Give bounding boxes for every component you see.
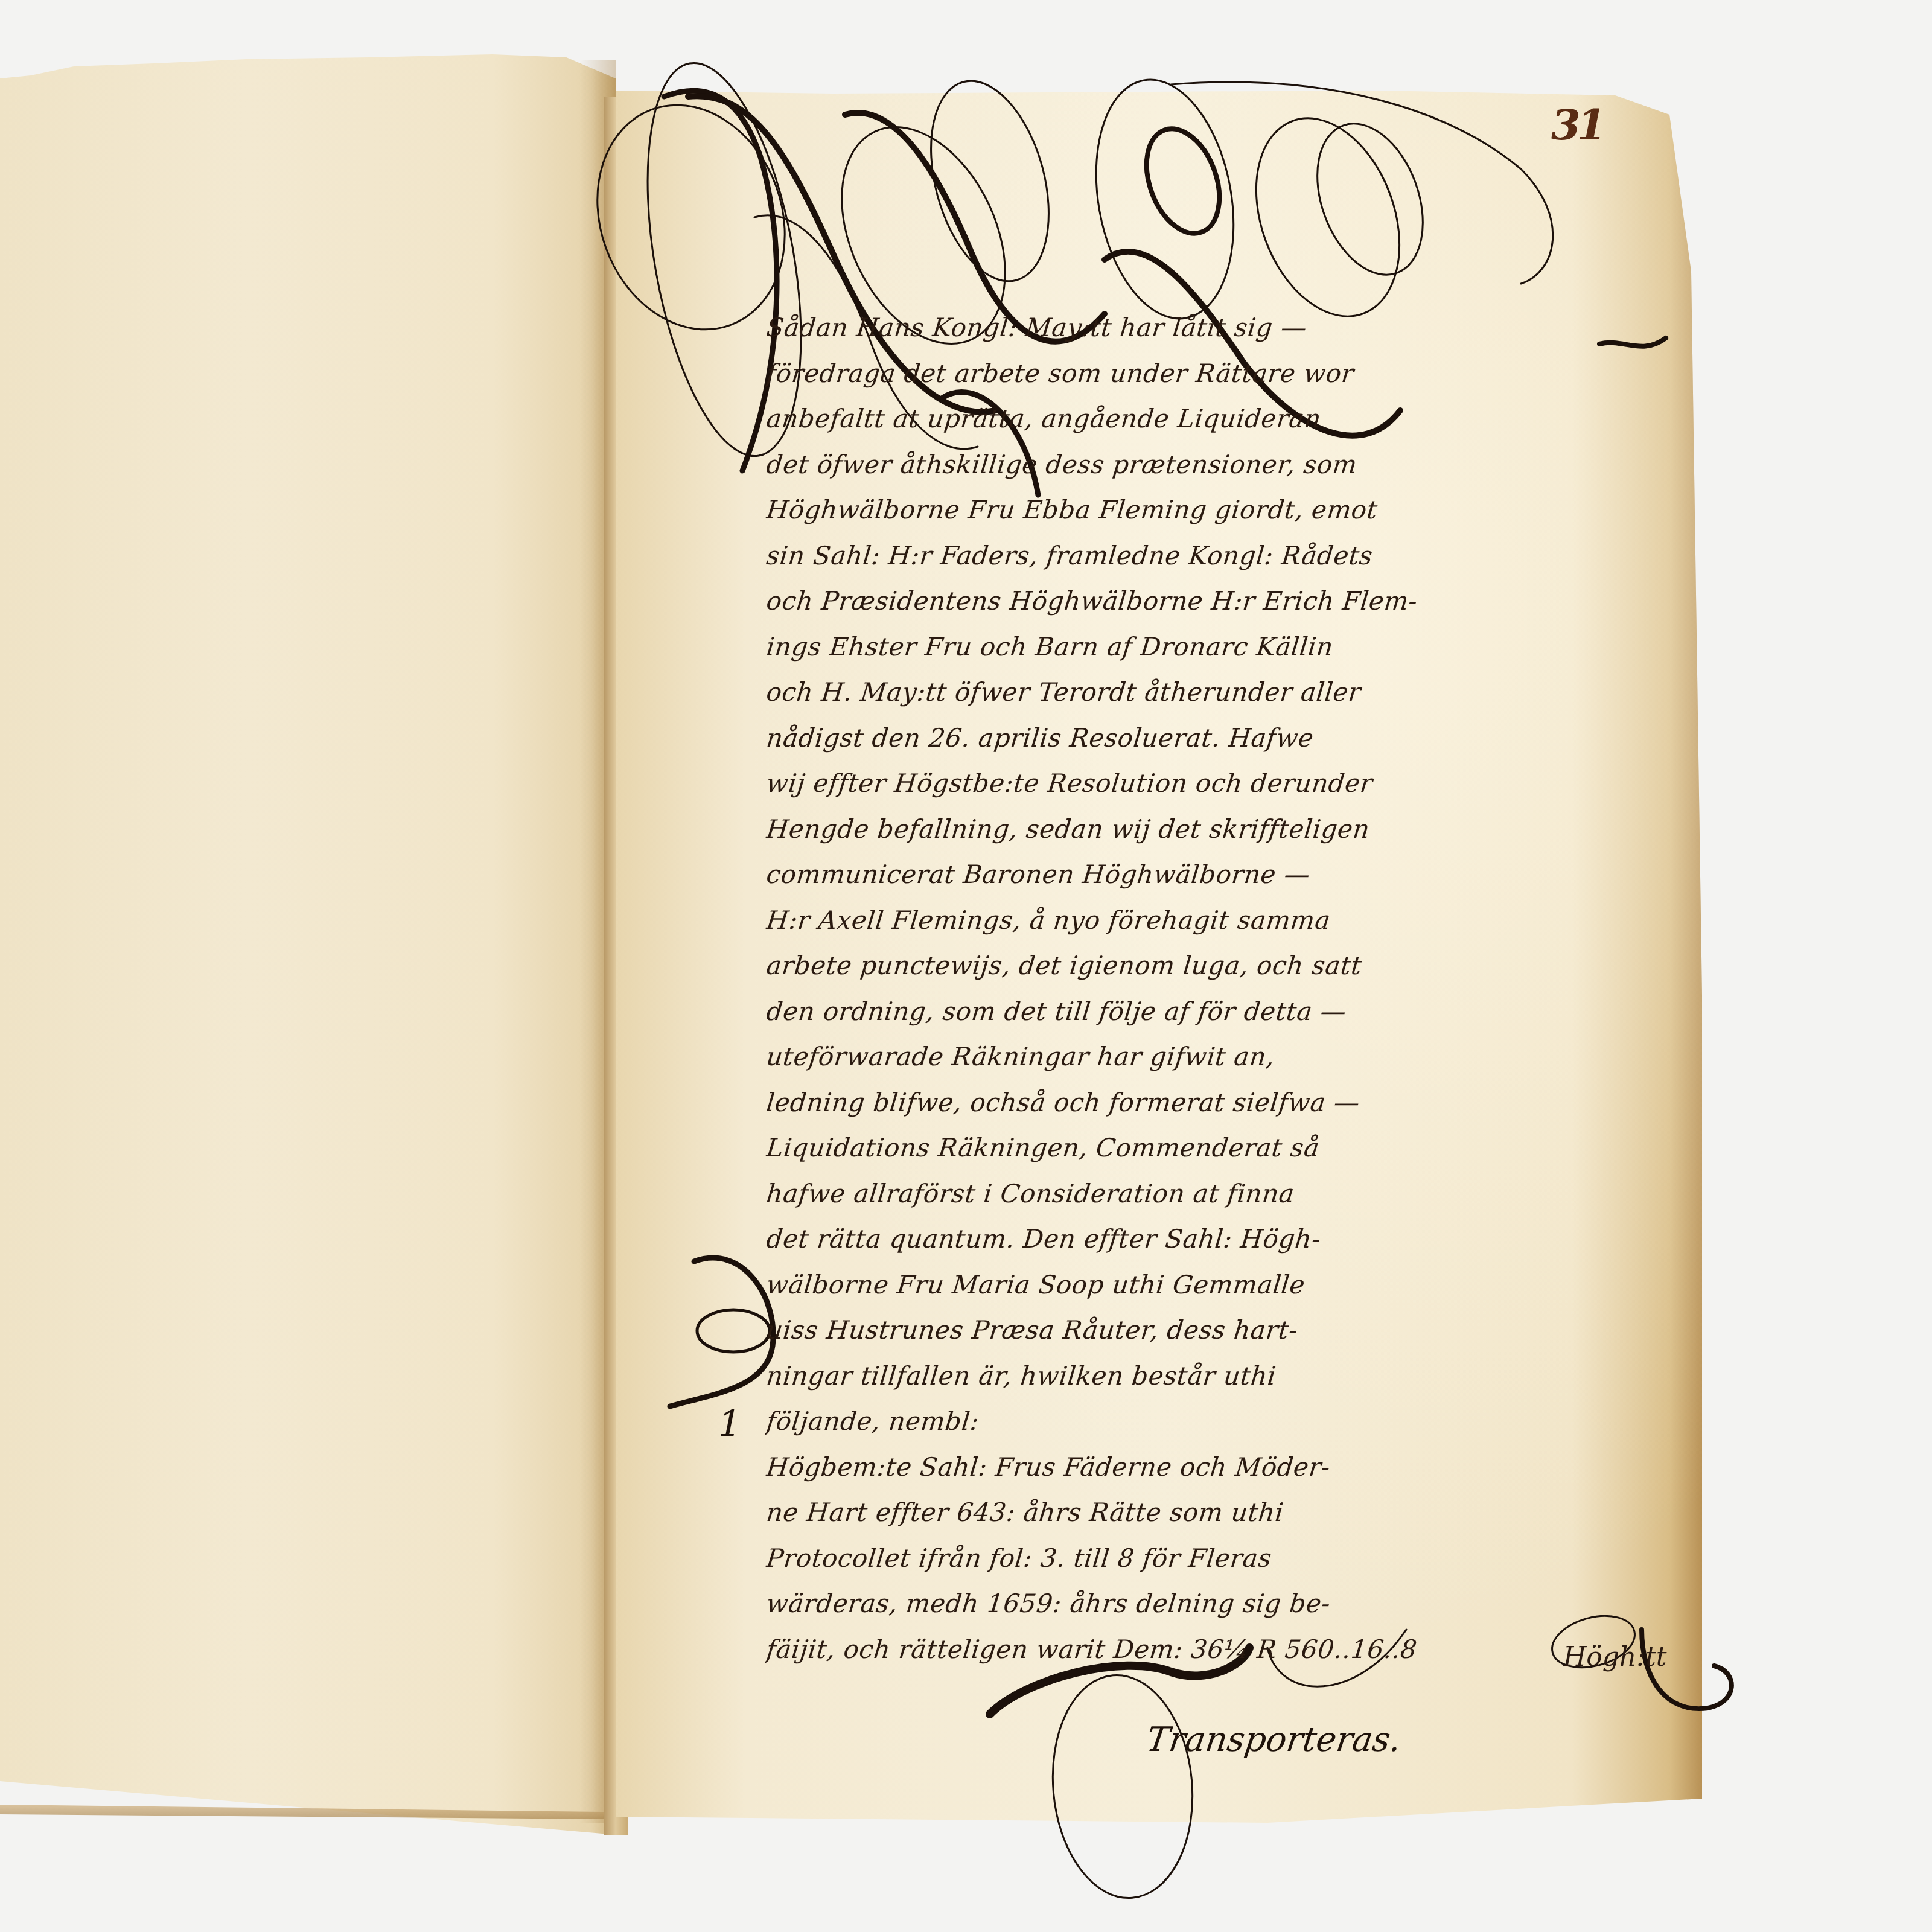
manuscript-line: fäijit, och rätteligen warit Dem: 36¼ R … bbox=[764, 1627, 1650, 1672]
manuscript-line: nådigst den 26. aprilis Resoluerat. Hafw… bbox=[764, 715, 1650, 761]
manuscript-line: ledning blifwe, ochså och formerat sielf… bbox=[764, 1080, 1650, 1126]
manuscript-line: anbefaltt at uprätta, angående Liquidera… bbox=[764, 396, 1650, 442]
manuscript-line: wij effter Högstbe:te Resolution och der… bbox=[764, 760, 1650, 806]
manuscript-line: Sådan Hans Kongl: May:tt har låtit sig — bbox=[764, 305, 1650, 351]
manuscript-line: ings Ehster Fru och Barn af Dronarc Käll… bbox=[764, 624, 1650, 670]
manuscript-line: wärderas, medh 1659: åhrs delning sig be… bbox=[764, 1581, 1650, 1627]
left-page-blank bbox=[0, 42, 616, 1835]
manuscript-line: det rätta quantum. Den effter Sahl: Högh… bbox=[764, 1216, 1650, 1262]
manuscript-line: Högbem:te Sahl: Frus Fäderne och Möder- bbox=[764, 1444, 1650, 1490]
manuscript-line: Höghwälborne Fru Ebba Fleming giordt, em… bbox=[764, 487, 1650, 533]
page-number: 31 bbox=[1551, 100, 1602, 150]
manuscript-line: föredraga det arbete som under Rättare w… bbox=[764, 351, 1650, 397]
manuscript-line: ne Hart effter 643: åhrs Rätte som uthi bbox=[764, 1490, 1650, 1535]
manuscript-line: det öfwer åthskillige dess prætensioner,… bbox=[764, 442, 1650, 488]
margin-item-number: 1 bbox=[718, 1403, 741, 1446]
manuscript-line: och H. May:tt öfwer Terordt åtherunder a… bbox=[764, 669, 1650, 715]
signature: Högh:tt bbox=[1563, 1642, 1667, 1672]
closing-word: Transporteras. bbox=[1144, 1720, 1403, 1759]
manuscript-text-body: Sådan Hans Kongl: May:tt har låtit sig —… bbox=[767, 305, 1648, 1672]
manuscript-line: den ordning, som det till följe af för d… bbox=[764, 989, 1650, 1035]
manuscript-photo: 6 c. 16 10 16 6 6 8 31 bbox=[0, 0, 1932, 1932]
manuscript-line: Hengde befallning, sedan wij det skrifft… bbox=[764, 806, 1650, 852]
manuscript-line: ningar tillfallen är, hwilken består uth… bbox=[764, 1353, 1650, 1399]
manuscript-line: uiss Hustrunes Præsa Råuter, dess hart- bbox=[764, 1307, 1650, 1353]
manuscript-line: och Præsidentens Höghwälborne H:r Erich … bbox=[764, 578, 1650, 624]
manuscript-line: följande, nembl: bbox=[764, 1398, 1650, 1444]
manuscript-line: Protocollet ifrån fol: 3. till 8 för Fle… bbox=[764, 1535, 1650, 1581]
manuscript-line: H:r Axell Flemings, å nyo förehagit samm… bbox=[764, 897, 1650, 943]
manuscript-line: sin Sahl: H:r Faders, framledne Kongl: R… bbox=[764, 533, 1650, 579]
manuscript-line: wälborne Fru Maria Soop uthi Gemmalle bbox=[764, 1262, 1650, 1308]
manuscript-line: uteförwarade Räkningar har gifwit an, bbox=[764, 1034, 1650, 1080]
manuscript-line: arbete punctewijs, det igienom luga, och… bbox=[764, 943, 1650, 989]
manuscript-line: communicerat Baronen Höghwälborne — bbox=[764, 852, 1650, 897]
manuscript-line: hafwe allraförst i Consideration at finn… bbox=[764, 1171, 1650, 1217]
manuscript-line: Liquidations Räkningen, Commenderat så bbox=[764, 1125, 1650, 1171]
